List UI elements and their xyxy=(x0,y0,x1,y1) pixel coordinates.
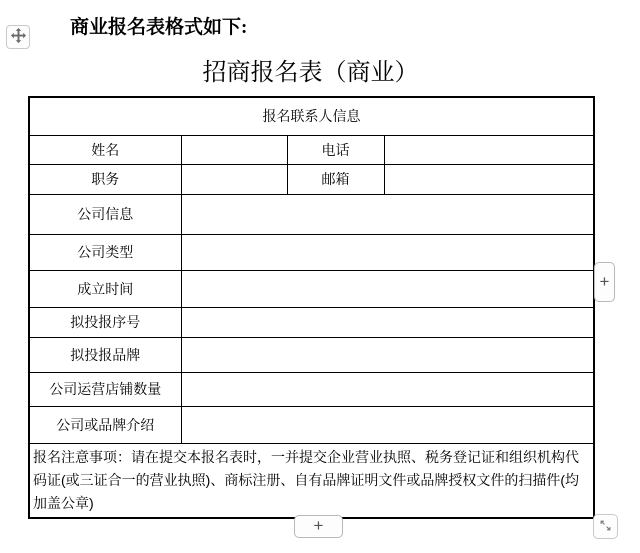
field-label-phone: 电话 xyxy=(287,135,384,164)
field-value-brand-intro[interactable] xyxy=(181,406,594,443)
table-row: 姓名 电话 xyxy=(29,135,594,164)
field-value-proposed-serial[interactable] xyxy=(181,307,594,337)
field-label-store-count: 公司运营店铺数量 xyxy=(29,372,181,406)
field-value-company-info[interactable] xyxy=(181,194,594,234)
add-column-button[interactable]: + xyxy=(594,262,615,302)
table-row: 报名注意事项：请在提交本报名表时，一并提交企业营业执照、税务登记证和组织机构代码… xyxy=(29,443,594,518)
field-label-company-type: 公司类型 xyxy=(29,234,181,270)
table-row: 公司类型 xyxy=(29,234,594,270)
form-title: 招商报名表（商业） xyxy=(28,52,593,87)
field-label-position: 职务 xyxy=(29,164,181,194)
field-value-founding-date[interactable] xyxy=(181,270,594,307)
field-label-name: 姓名 xyxy=(29,135,181,164)
field-value-phone[interactable] xyxy=(384,135,594,164)
field-label-company-info: 公司信息 xyxy=(29,194,181,234)
field-value-company-type[interactable] xyxy=(181,234,594,270)
table-row: 拟投报品牌 xyxy=(29,337,594,372)
field-value-proposed-brand[interactable] xyxy=(181,337,594,372)
field-value-store-count[interactable] xyxy=(181,372,594,406)
field-label-proposed-serial: 拟投报序号 xyxy=(29,307,181,337)
add-row-button[interactable]: + xyxy=(294,515,343,538)
field-label-email: 邮箱 xyxy=(287,164,384,194)
table-row: 成立时间 xyxy=(29,270,594,307)
plus-icon: + xyxy=(314,517,324,534)
field-label-founding-date: 成立时间 xyxy=(29,270,181,307)
diagonal-resize-icon xyxy=(599,519,612,535)
registration-form-table: 报名联系人信息 姓名 电话 职务 邮箱 公司信息 公司类型 xyxy=(28,96,595,519)
plus-icon: + xyxy=(600,273,610,290)
field-value-email[interactable] xyxy=(384,164,594,194)
move-icon xyxy=(11,28,26,46)
table-row: 报名联系人信息 xyxy=(29,97,594,135)
field-label-brand-intro: 公司或品牌介绍 xyxy=(29,406,181,443)
table-row: 职务 邮箱 xyxy=(29,164,594,194)
field-value-name[interactable] xyxy=(181,135,287,164)
table-row: 拟投报序号 xyxy=(29,307,594,337)
field-value-position[interactable] xyxy=(181,164,287,194)
table-row: 公司信息 xyxy=(29,194,594,234)
field-label-proposed-brand: 拟投报品牌 xyxy=(29,337,181,372)
table-move-handle[interactable] xyxy=(6,25,30,49)
table-resize-handle[interactable] xyxy=(593,514,618,539)
section-heading: 商业报名表格式如下: xyxy=(70,12,247,39)
table-row: 公司运营店铺数量 xyxy=(29,372,594,406)
document-page: 商业报名表格式如下: 招商报名表（商业） 报名联系人信息 姓名 电话 职务 邮箱 xyxy=(0,0,640,553)
table-section-header: 报名联系人信息 xyxy=(29,97,594,135)
table-row: 公司或品牌介绍 xyxy=(29,406,594,443)
registration-note: 报名注意事项：请在提交本报名表时，一并提交企业营业执照、税务登记证和组织机构代码… xyxy=(29,443,594,518)
